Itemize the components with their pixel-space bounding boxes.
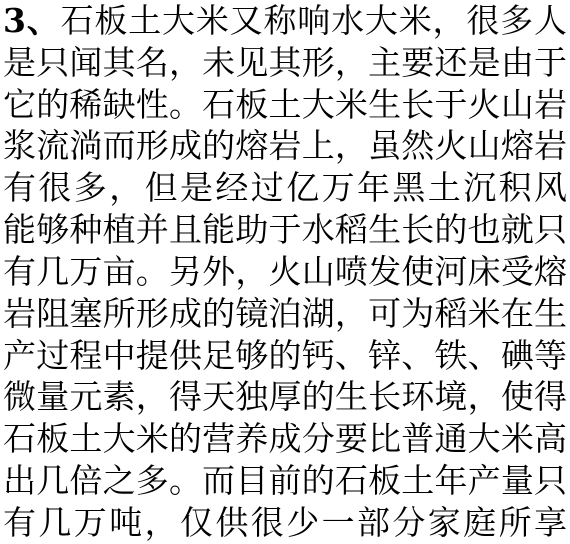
article-text-block: 3、石板土大米又称响水大米，很多人都 是只闻其名，未见其形，主要还是由于 它的稀… <box>0 0 570 544</box>
text-line: 微量元素，得天独厚的生长环境，使得 <box>3 376 567 418</box>
text-line: 它的稀缺性。石板土大米生长于火山岩 <box>3 84 567 126</box>
text-line: 3、石板土大米又称响水大米，很多人都 <box>3 0 567 42</box>
text-line: 有几万吨，仅供很少一部分家庭所享用。 <box>3 502 567 544</box>
text-line: 能够种植并且能助于水稻生长的也就只 <box>3 209 567 251</box>
text-line: 浆流淌而形成的熔岩上，虽然火山熔岩 <box>3 125 567 167</box>
text-line: 有很多，但是经过亿万年黑土沉积风化， <box>3 167 567 209</box>
text-line: 有几万亩。另外，火山喷发使河床受熔 <box>3 251 567 293</box>
text-line: 出几倍之多。而目前的石板土年产量只 <box>3 460 567 502</box>
text-line: 是只闻其名，未见其形，主要还是由于 <box>3 42 567 84</box>
text-line: 产过程中提供足够的钙、锌、铁、碘等 <box>3 335 567 377</box>
text-line: 石板土大米的营养成分要比普通大米高 <box>3 418 567 460</box>
text-line: 岩阻塞所形成的镜泊湖，可为稻米在生 <box>3 293 567 335</box>
